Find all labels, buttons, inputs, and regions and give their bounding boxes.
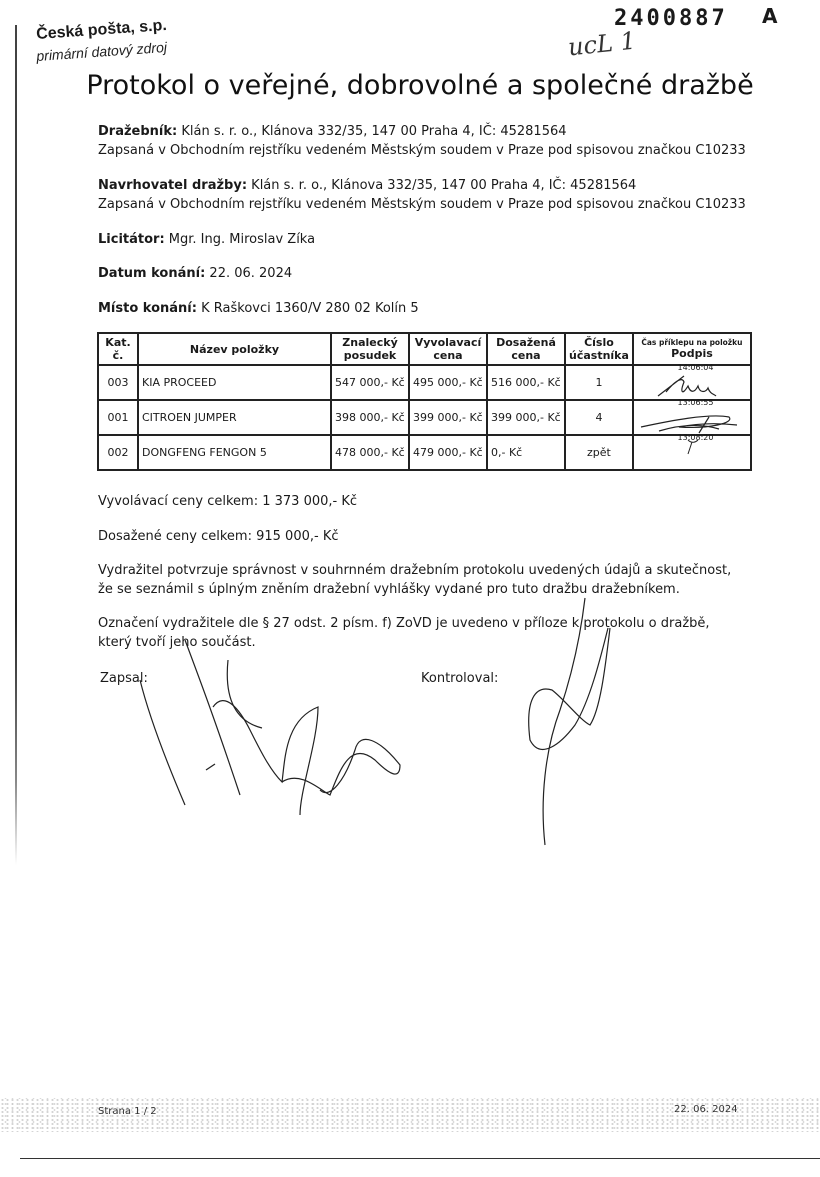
handwritten-signatures (0, 0, 820, 900)
page-indicator: Strana 1 / 2 (98, 1106, 157, 1117)
footer-divider (20, 1158, 820, 1159)
footer-date: 22. 06. 2024 (674, 1104, 738, 1115)
